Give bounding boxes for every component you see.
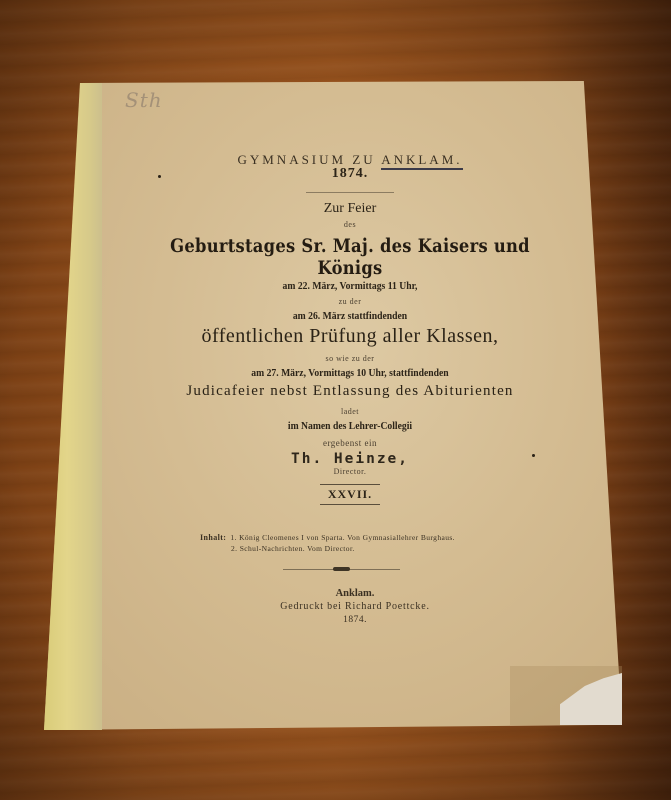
ornamental-divider [283,568,400,571]
exam-title: öffentlichen Prüfung aller Klassen, [100,325,600,348]
contents-label: Inhalt: [200,533,226,542]
judica-title: Judicafeier nebst Entlassung des Abituri… [100,383,600,400]
zur-feier: Zur Feier [100,201,600,217]
zu-der-text: zu der [100,297,600,306]
contents-row-2: 2. Schul-Nachrichten. Vom Director. [200,543,455,554]
contents-row-1: Inhalt:1. König Cleomenes I von Sparta. … [200,532,455,543]
des-text: des [100,220,600,229]
so-wie-text: so wie zu der [100,354,600,363]
divider-rule [306,192,394,193]
school-heading-prefix: GYMNASIUM ZU [237,152,381,167]
date-line-3: am 27. März, Vormittags 10 Uhr, stattfin… [120,368,580,379]
title-page-content: GYMNASIUM ZU ANKLAM. 1874. Zur Feier des… [100,150,600,505]
contents-item: 1. König Cleomenes I von Sparta. Von Gym… [230,533,455,542]
contents-section: Inhalt:1. König Cleomenes I von Sparta. … [200,532,455,554]
pencil-annotation: Sth [125,88,163,112]
imprint-printer: Gedruckt bei Richard Poettcke. [230,601,480,612]
imprint-year: 1874. [230,615,480,625]
imprint-place: Anklam. [230,588,480,599]
imprint-section: Anklam. Gedruckt bei Richard Poettcke. 1… [230,588,480,625]
ergebenst-text: ergebenst ein [100,438,600,448]
signatory-role: Director. [100,467,600,476]
birthday-title: Geburtstages Sr. Maj. des Kaisers und Kö… [135,235,565,279]
signatory-name: Th. Heinze, [100,451,600,467]
contents-item: 2. Schul-Nachrichten. Vom Director. [231,544,355,553]
on-behalf-line: im Namen des Lehrer-Collegii [120,421,580,432]
heading-year: 1874. [100,166,600,182]
ornament-center [333,567,350,571]
school-heading-place: ANKLAM. [381,152,462,170]
volume-number: XXVII. [320,484,380,505]
date-line-2: am 26. März stattfindenden [120,311,580,322]
yellow-spine-binding [44,83,102,730]
date-line-1: am 22. März, Vormittags 11 Uhr, [120,281,580,292]
ladet-text: ladet [100,407,600,416]
